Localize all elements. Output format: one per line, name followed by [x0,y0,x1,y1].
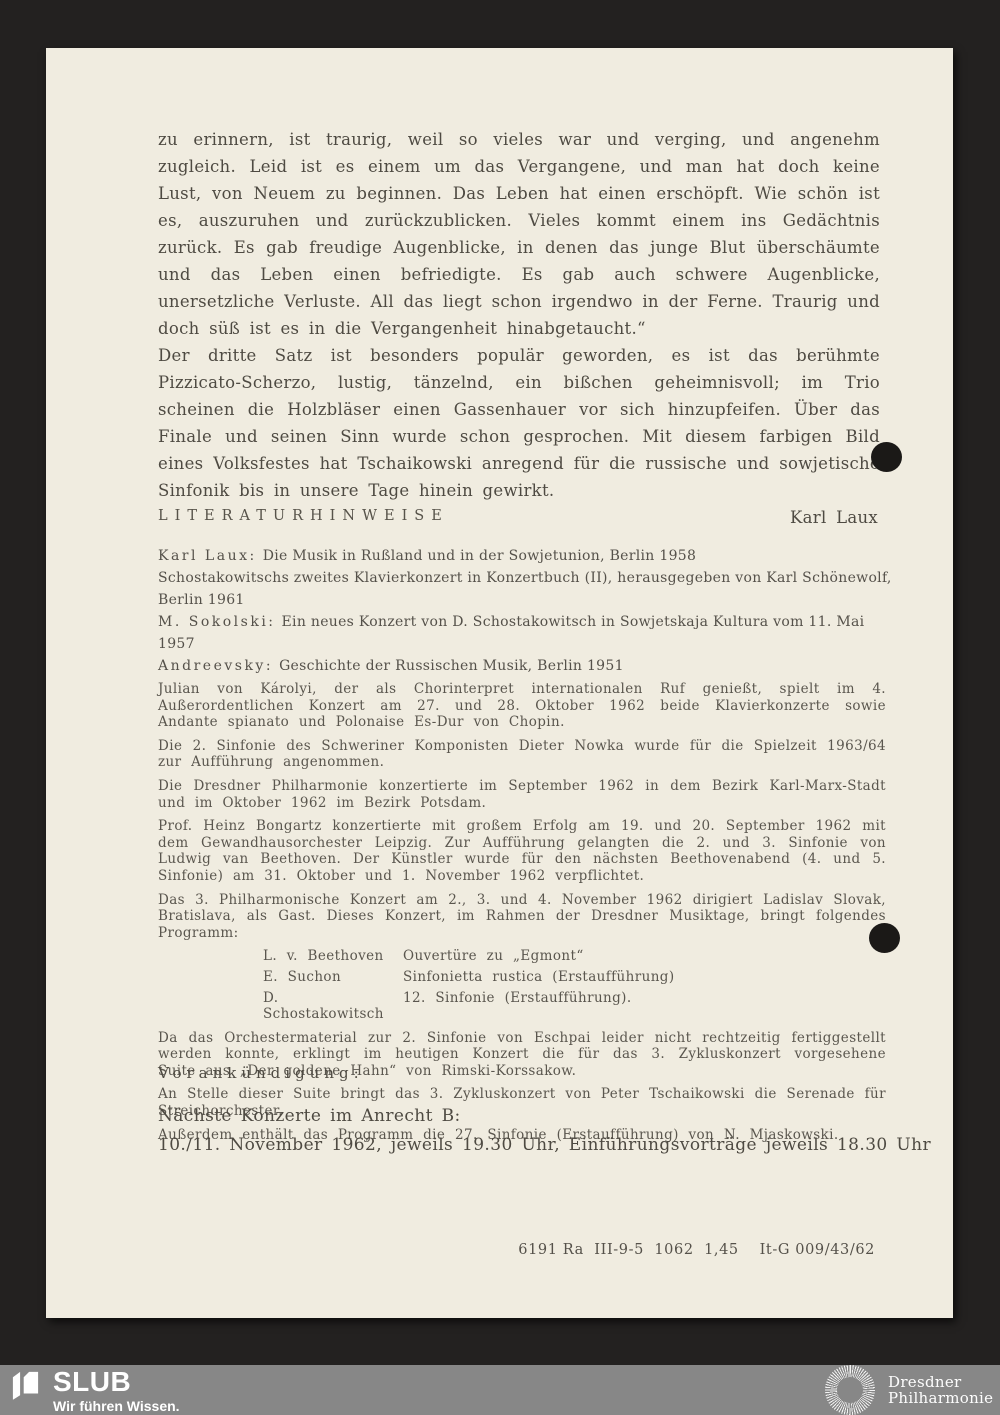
slub-book-icon [12,1369,39,1400]
program-work: Ouvertüre zu „Egmont“ [403,948,886,965]
philharmonie-name-line-1: Dresdner [888,1374,988,1390]
philharmonie-text-block: Dresdner Philharmonie [888,1374,988,1406]
announcement-section: Vorankündigung: Nächste Konzerte im Anre… [158,1064,931,1155]
program-composer: E. Suchon [263,969,403,986]
concert-program-list: L. v. Beethoven Ouvertüre zu „Egmont“ E.… [263,948,886,1022]
essay-text-block: zu erinnern, ist traurig, weil so vieles… [158,126,880,531]
philharmonie-logo: Dresdner Philharmonie [825,1365,988,1415]
announcement-line-2: 10./11. November 1962, jeweils 19.30 Uhr… [158,1135,931,1155]
literature-author: M. Sokolski: [158,614,276,630]
essay-paragraph-1: zu erinnern, ist traurig, weil so vieles… [158,126,880,342]
viewer-footer-bar: SLUB Wir führen Wissen. Dresdner Philhar… [0,1365,1000,1415]
program-work: 12. Sinfonie (Erstaufführung). [403,990,886,1023]
slub-tagline: Wir führen Wissen. [53,1398,180,1414]
literature-text: Schostakowitschs zweites Klavierkonzert … [158,570,892,608]
literature-item: Schostakowitschs zweites Klavierkonzert … [158,567,898,611]
scanned-page: zu erinnern, ist traurig, weil so vieles… [46,48,953,1318]
essay-paragraph-2: Der dritte Satz ist besonders populär ge… [158,342,880,504]
news-paragraph: Die 2. Sinfonie des Schweriner Komponist… [158,738,886,771]
program-row: D. Schostakowitsch 12. Sinfonie (Erstauf… [263,990,886,1023]
literature-heading: LITERATURHINWEISE [158,508,898,524]
news-paragraph: Das 3. Philharmonische Konzert am 2., 3.… [158,892,886,942]
literature-item: M. Sokolski:Ein neues Konzert von D. Sch… [158,611,898,655]
news-paragraph: Prof. Heinz Bongartz konzertierte mit gr… [158,818,886,884]
literature-text: Die Musik in Rußland und in der Sowjetun… [263,548,697,564]
slub-logo: SLUB Wir führen Wissen. [12,1367,180,1414]
program-composer: D. Schostakowitsch [263,990,403,1023]
literature-section: LITERATURHINWEISE Karl Laux:Die Musik in… [158,508,898,677]
philharmonie-starburst-icon [825,1365,875,1415]
announcement-line-1: Nächste Konzerte im Anrecht B: [158,1106,931,1126]
literature-author: Andreevsky: [158,658,273,674]
program-composer: L. v. Beethoven [263,948,403,965]
punch-hole [871,442,902,472]
news-paragraph: Die Dresdner Philharmonie konzertierte i… [158,778,886,811]
literature-author: Karl Laux: [158,548,257,564]
program-row: E. Suchon Sinfonietta rustica (Erstauffü… [263,969,886,986]
announcement-heading: Vorankündigung: [158,1064,931,1082]
literature-item: Karl Laux:Die Musik in Rußland und in de… [158,545,898,567]
punch-hole [869,923,900,953]
slub-wordmark: SLUB [53,1367,180,1397]
slub-text-block: SLUB Wir führen Wissen. [53,1367,180,1414]
program-work: Sinfonietta rustica (Erstaufführung) [403,969,886,986]
literature-item: Andreevsky:Geschichte der Russischen Mus… [158,655,898,677]
scan-background: zu erinnern, ist traurig, weil so vieles… [0,0,1000,1415]
print-imprint: 6191 Ra III-9-5 1062 1,45 It-G 009/43/62 [518,1242,875,1258]
news-paragraph: Julian von Károlyi, der als Chorinterpre… [158,681,886,731]
literature-text: Geschichte der Russischen Musik, Berlin … [279,658,624,674]
program-row: L. v. Beethoven Ouvertüre zu „Egmont“ [263,948,886,965]
philharmonie-name-line-2: Philharmonie [888,1390,988,1406]
